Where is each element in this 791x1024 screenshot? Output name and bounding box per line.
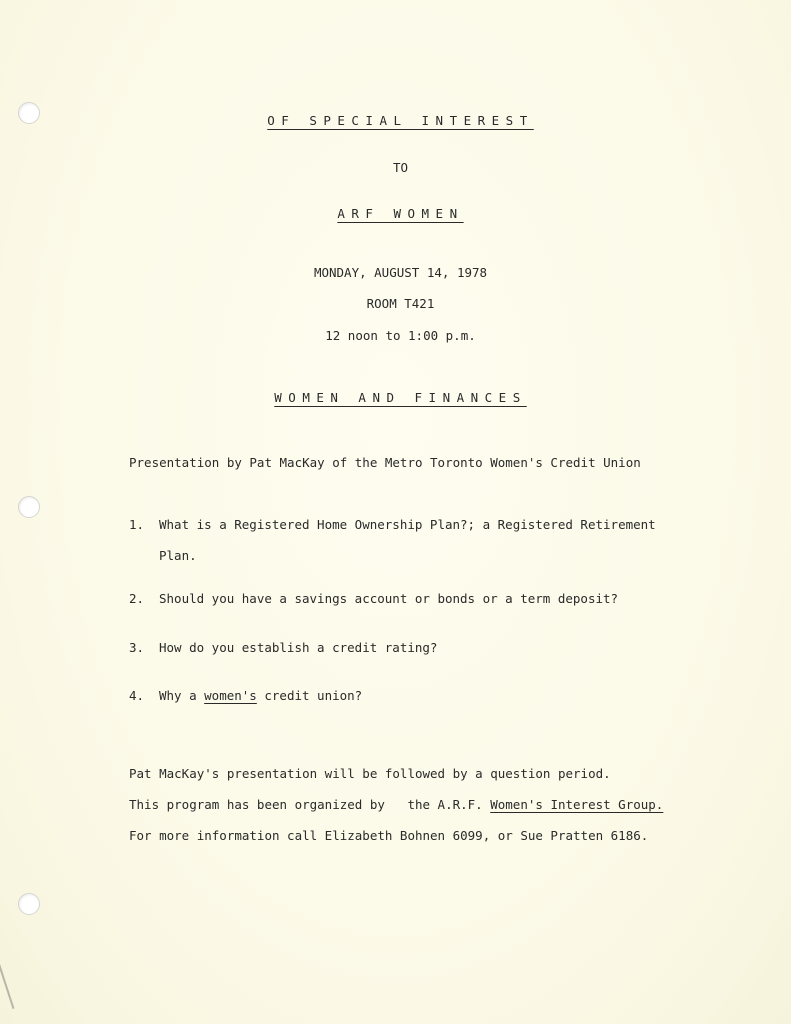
document-page: OF SPECIAL INTEREST TO ARF WOMEN MONDAY,…: [0, 0, 791, 1024]
question-2: 2.Should you have a savings account or b…: [129, 591, 618, 606]
topic-title: WOMEN AND FINANCES: [10, 390, 791, 405]
question-1-cont: Plan.: [159, 548, 197, 563]
footer-line-2: This program has been organized by the A…: [129, 797, 663, 812]
question-number: 1.: [129, 517, 159, 532]
footer-line-1: Pat MacKay's presentation will be follow…: [129, 766, 611, 781]
punch-hole: [18, 893, 40, 915]
question-number: 3.: [129, 640, 159, 655]
event-room: ROOM T421: [10, 296, 791, 311]
question-number: 2.: [129, 591, 159, 606]
footer-line-3: For more information call Elizabeth Bohn…: [129, 828, 648, 843]
question-text: How do you establish a credit rating?: [159, 640, 437, 655]
question-4: 4.Why a women's credit union?: [129, 688, 362, 703]
question-text: credit union?: [257, 688, 362, 703]
header-to: TO: [10, 160, 791, 175]
footer-text: This program has been organized by the A…: [129, 797, 490, 812]
punch-hole: [18, 496, 40, 518]
header-line-3: ARF WOMEN: [337, 206, 463, 221]
header-line-1: OF SPECIAL INTEREST: [267, 113, 534, 128]
presenter-line: Presentation by Pat MacKay of the Metro …: [129, 455, 641, 470]
question-text: Should you have a savings account or bon…: [159, 591, 618, 606]
question-number: 4.: [129, 688, 159, 703]
event-time: 12 noon to 1:00 p.m.: [10, 328, 791, 343]
header-title: OF SPECIAL INTEREST: [10, 113, 791, 128]
question-text: Why a: [159, 688, 204, 703]
topic-text: WOMEN AND FINANCES: [274, 390, 526, 405]
group-name: Women's Interest Group.: [490, 797, 663, 812]
underlined-word: women's: [204, 688, 257, 703]
question-3: 3.How do you establish a credit rating?: [129, 640, 437, 655]
question-1: 1.What is a Registered Home Ownership Pl…: [129, 517, 656, 532]
event-date: MONDAY, AUGUST 14, 1978: [10, 265, 791, 280]
edge-mark: [0, 956, 14, 1009]
header-audience: ARF WOMEN: [10, 206, 791, 221]
question-text: What is a Registered Home Ownership Plan…: [159, 517, 656, 532]
